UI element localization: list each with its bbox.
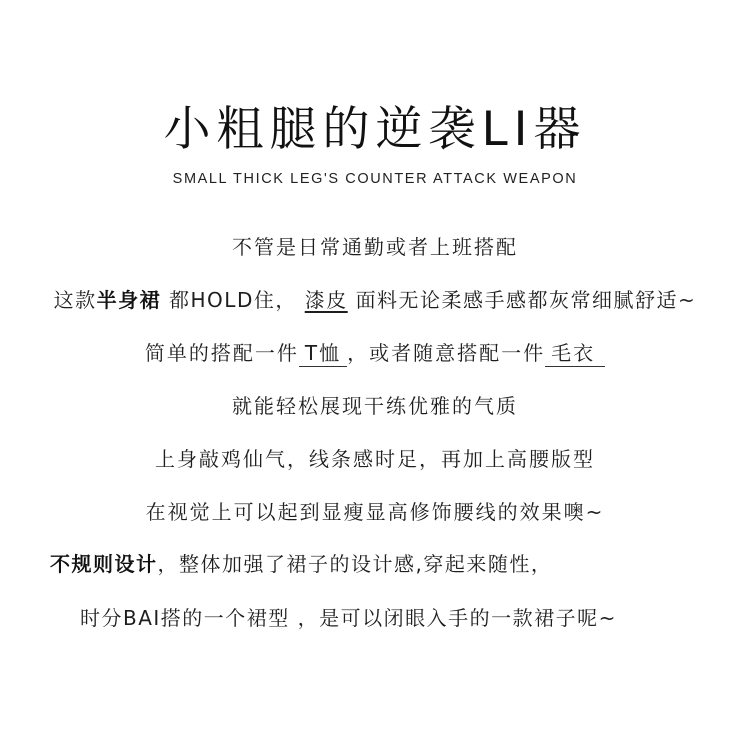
highlight-high-waist: 高腰版型	[507, 444, 595, 474]
text-line-3: 简单的搭配一件T恤，或者随意搭配一件毛衣	[0, 338, 750, 368]
line-middle: ，或者随意搭配一件	[347, 341, 545, 365]
line-text: 就能轻松展现干练优雅的气质	[232, 394, 518, 418]
text-line-1: 不管是日常通勤或者上班搭配	[0, 232, 750, 262]
text-line-4: 就能轻松展现干练优雅的气质	[0, 391, 750, 421]
line-text: 不管是日常通勤或者上班搭配	[232, 235, 518, 259]
underline-patent-leather: 漆皮	[305, 288, 348, 312]
text-line-2: 这款半身裙 都HOLD住， 漆皮 面料无论柔感手感都灰常细腻舒适~	[0, 285, 750, 315]
line-prefix: 上身敲鸡仙气，线条感时足，再加上	[155, 447, 507, 471]
line-suffix: ，整体加强了裙子的设计感,穿起来随性，	[158, 552, 553, 576]
bold-irregular-design: 不规则设计	[50, 552, 158, 576]
line-prefix: 简单的搭配一件	[145, 341, 299, 365]
line-prefix: 在视觉上可以起到	[146, 500, 322, 524]
line-prefix: 这款	[54, 288, 97, 312]
page-subtitle: SMALL THICK LEG'S COUNTER ATTACK WEAPON	[0, 171, 750, 187]
line-middle: 都HOLD住，	[169, 288, 297, 312]
blank-sweater: 毛衣	[545, 340, 605, 367]
highlight-slimming: 显瘦显高修饰腰线	[322, 497, 498, 527]
highlight-skirt: 半身裙	[97, 285, 162, 315]
line-suffix: 的效果噢~	[498, 500, 605, 524]
text-line-8: 时分BAI搭的一个裙型 ，是可以闭眼入手的一款裙子呢~	[80, 603, 750, 633]
text-line-7: 不规则设计，整体加强了裙子的设计感,穿起来随性，	[50, 549, 750, 579]
line-text: 时分BAI搭的一个裙型 ，是可以闭眼入手的一款裙子呢~	[80, 606, 617, 630]
text-line-5: 上身敲鸡仙气，线条感时足，再加上高腰版型	[0, 444, 750, 474]
page-title: 小粗腿的逆袭LI器	[0, 100, 750, 160]
blank-tshirt: T恤	[299, 340, 347, 367]
text-line-6: 在视觉上可以起到显瘦显高修饰腰线的效果噢~	[0, 497, 750, 527]
line-suffix: 面料无论柔感手感都灰常细腻舒适~	[356, 288, 697, 312]
